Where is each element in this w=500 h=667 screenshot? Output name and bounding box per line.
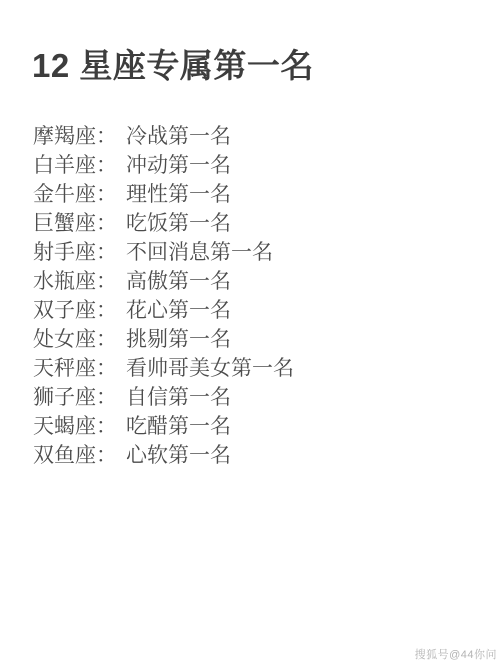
zodiac-sign-label: 金牛座： xyxy=(33,178,117,208)
zodiac-sign-label: 巨蟹座： xyxy=(33,207,117,237)
zodiac-rank-value: 高傲第一名 xyxy=(126,265,231,295)
list-item: 双鱼座： 心软第一名 xyxy=(33,439,294,468)
zodiac-sign-label: 摩羯座： xyxy=(33,120,117,150)
list-item: 巨蟹座： 吃饭第一名 xyxy=(33,207,294,236)
zodiac-rank-value: 挑剔第一名 xyxy=(126,323,231,353)
list-item: 狮子座： 自信第一名 xyxy=(33,381,294,410)
zodiac-rank-value: 吃饭第一名 xyxy=(126,207,231,237)
zodiac-rank-value: 自信第一名 xyxy=(126,381,231,411)
zodiac-sign-label: 双子座： xyxy=(33,294,117,324)
zodiac-list: 摩羯座： 冷战第一名 白羊座： 冲动第一名 金牛座： 理性第一名 巨蟹座： 吃饭… xyxy=(33,120,294,468)
zodiac-sign-label: 狮子座： xyxy=(33,381,117,411)
zodiac-sign-label: 处女座： xyxy=(33,323,117,353)
zodiac-rank-value: 不回消息第一名 xyxy=(126,236,273,266)
zodiac-rank-value: 理性第一名 xyxy=(126,178,231,208)
list-item: 摩羯座： 冷战第一名 xyxy=(33,120,294,149)
zodiac-sign-label: 双鱼座： xyxy=(33,439,117,469)
watermark: 搜狐号@44你问 xyxy=(415,646,497,662)
list-item: 金牛座： 理性第一名 xyxy=(33,178,294,207)
list-item: 双子座： 花心第一名 xyxy=(33,294,294,323)
zodiac-rank-value: 吃醋第一名 xyxy=(126,410,231,440)
list-item: 天蝎座： 吃醋第一名 xyxy=(33,410,294,439)
zodiac-sign-label: 射手座： xyxy=(33,236,117,266)
zodiac-rank-value: 冲动第一名 xyxy=(126,149,231,179)
zodiac-rank-value: 冷战第一名 xyxy=(126,120,231,150)
zodiac-sign-label: 白羊座： xyxy=(33,149,117,179)
zodiac-rank-value: 心软第一名 xyxy=(126,439,231,469)
zodiac-sign-label: 水瓶座： xyxy=(33,265,117,295)
zodiac-rank-value: 看帅哥美女第一名 xyxy=(126,352,294,382)
list-item: 水瓶座： 高傲第一名 xyxy=(33,265,294,294)
zodiac-rank-value: 花心第一名 xyxy=(126,294,231,324)
list-item: 射手座： 不回消息第一名 xyxy=(33,236,294,265)
list-item: 白羊座： 冲动第一名 xyxy=(33,149,294,178)
list-item: 处女座： 挑剔第一名 xyxy=(33,323,294,352)
list-item: 天秤座： 看帅哥美女第一名 xyxy=(33,352,294,381)
zodiac-sign-label: 天秤座： xyxy=(33,352,117,382)
zodiac-sign-label: 天蝎座： xyxy=(33,410,117,440)
page-title: 12 星座专属第一名 xyxy=(32,46,314,86)
